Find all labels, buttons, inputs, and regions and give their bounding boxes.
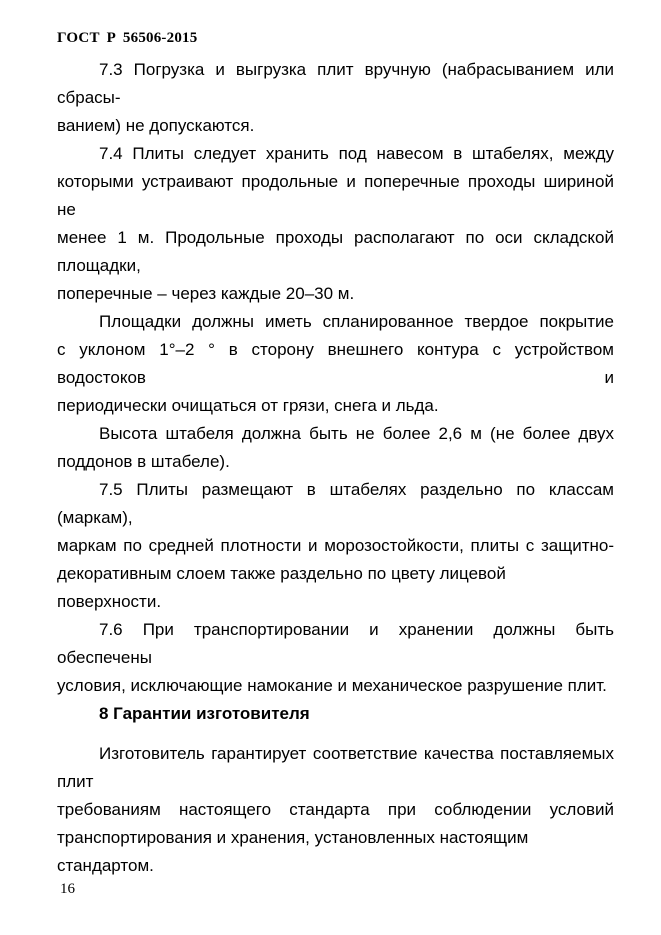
document-code-header: ГОСТ Р 56506-2015 (57, 30, 197, 47)
text-line: декоративным слоем также раздельно по цв… (57, 560, 614, 616)
text-line: которыми устраивают продольные и попереч… (57, 168, 614, 224)
text-line: маркам по средней плотности и морозостой… (57, 532, 614, 560)
text-line: транспортирования и хранения, установлен… (57, 824, 614, 880)
paragraph-7-3: 7.3 Погрузка и выгрузка плит вручную (на… (57, 56, 614, 140)
text-line: требованиям настоящего стандарта при соб… (57, 796, 614, 824)
text-line: поперечные – через каждые 20–30 м. (57, 280, 614, 308)
text-line: ванием) не допускаются. (57, 112, 614, 140)
text-line: 7.3 Погрузка и выгрузка плит вручную (на… (57, 56, 614, 112)
text-line: периодически очищаться от грязи, снега и… (57, 392, 614, 420)
text-line: поддонов в штабеле). (57, 448, 614, 476)
text-line: Изготовитель гарантирует соответствие ка… (57, 740, 614, 796)
document-page: ГОСТ Р 56506-2015 7.3 Погрузка и выгрузк… (0, 0, 661, 935)
text-line: условия, исключающие намокание и механич… (57, 672, 614, 700)
text-line: 7.4 Плиты следует хранить под навесом в … (57, 140, 614, 168)
page-number: 16 (60, 881, 75, 898)
text-line: Площадки должны иметь спланированное тве… (57, 308, 614, 336)
document-body: 7.3 Погрузка и выгрузка плит вручную (на… (57, 56, 614, 880)
paragraph-7-6: 7.6 При транспортировании и хранении дол… (57, 616, 614, 700)
text-line: с уклоном 1°–2 ° в сторону внешнего конт… (57, 336, 614, 392)
paragraph-7-5: 7.5 Плиты размещают в штабелях раздельно… (57, 476, 614, 616)
text-line: Высота штабеля должна быть не более 2,6 … (57, 420, 614, 448)
paragraph-stack-height: Высота штабеля должна быть не более 2,6 … (57, 420, 614, 476)
section-8-heading: 8 Гарантии изготовителя (57, 700, 614, 728)
text-line: 7.6 При транспортировании и хранении дол… (57, 616, 614, 672)
text-line: менее 1 м. Продольные проходы располагаю… (57, 224, 614, 280)
paragraph-warranty: Изготовитель гарантирует соответствие ка… (57, 740, 614, 880)
paragraph-sites: Площадки должны иметь спланированное тве… (57, 308, 614, 420)
paragraph-7-4: 7.4 Плиты следует хранить под навесом в … (57, 140, 614, 308)
text-line: 7.5 Плиты размещают в штабелях раздельно… (57, 476, 614, 532)
